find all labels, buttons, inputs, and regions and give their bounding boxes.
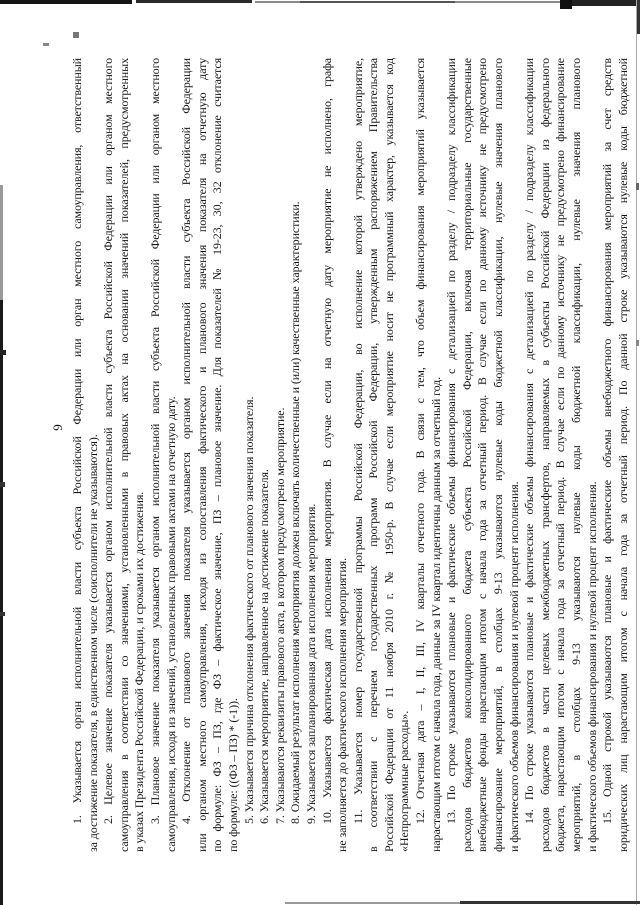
text-line: 12. Отчетная дата – I, II, III, IV кварт… [413, 58, 429, 852]
text-line: или органом местного самоуправления, исх… [195, 58, 211, 852]
text-line: 13. По строке указываются плановые и фак… [444, 58, 460, 852]
scan-artifact-top-band-right [572, 0, 640, 6]
document-text-block: 9 1. Указывается орган исполнительной вл… [46, 58, 638, 852]
scan-artifact-left-edge-gray [0, 185, 3, 300]
page-number: 9 [46, 58, 70, 852]
scan-artifact-speck-2 [43, 43, 49, 46]
text-line: Российской Федерации от 11 ноября 2010 г… [382, 58, 398, 852]
scan-artifact-top-band-left [0, 0, 132, 4]
text-line: самоуправления, исходя из значений, уста… [164, 58, 180, 852]
text-line: 14. По строке указываются плановые и фак… [522, 58, 538, 852]
scan-artifact-left-tick-1 [0, 350, 6, 355]
text-line: 2. Целевое значение показателя указывает… [101, 58, 117, 852]
text-line: 1. Указывается орган исполнительной влас… [70, 58, 86, 852]
scan-artifact-right-mark-2 [636, 340, 639, 346]
scan-artifact-left-tick-2 [0, 482, 5, 487]
text-line: 7. Указываются реквизиты правового акта,… [273, 58, 289, 852]
text-line: за достижение показателя, в единственном… [86, 58, 102, 852]
text-line: по формуле: ((ФЗ – ПЗ) * (-1)). [226, 58, 242, 852]
scan-artifact-speck-1 [73, 32, 79, 38]
scan-artifact-bottom-line-dark [460, 901, 640, 904]
text-line: бюджета, нарастающим итогом с начала год… [553, 58, 569, 852]
text-line: юридических лиц нарастающим итогом с нач… [616, 58, 632, 852]
text-line: внебюджетные фонды нарастающим итогом с … [475, 58, 491, 852]
scan-artifact-top-band-left2 [136, 0, 252, 3]
scan-artifact-bottom-line-gray [285, 902, 460, 904]
text-line: расходов бюджетов в части целевых межбюд… [538, 58, 554, 852]
text-line: не заполняется до фактического исполнени… [335, 58, 351, 852]
text-line: 3. Плановое значение показателя указывае… [148, 58, 164, 852]
text-line: финансирование мероприятий, в столбцах 9… [491, 58, 507, 852]
text-line: 5. Указывается причина отклонения фактич… [242, 58, 258, 852]
text-line: «Непрограммные расходы». [397, 58, 413, 852]
text-line: 4. Отклонение от планового значения пока… [179, 58, 195, 852]
text-line: мероприятий, в столбцах 9-13 указываются… [569, 58, 585, 852]
text-line: и фактического объемов финансирования и … [585, 58, 601, 852]
scan-artifact-right-mark-1 [636, 183, 639, 190]
text-line: и фактического объемов финансирования и … [507, 58, 523, 852]
text-line: 11. Указывается номер государственной пр… [351, 58, 367, 852]
text-line: 6. Указывается мероприятие, направленное… [257, 58, 273, 852]
text-line: в указах Президента Российской Федерации… [132, 58, 148, 852]
text-line: 9. Указывается запланированная дата испо… [304, 58, 320, 852]
scan-artifact-right-edge-line [636, 0, 637, 905]
text-line: 10. Указывается фактическая дата исполне… [320, 58, 336, 852]
text-line: 15. Одной строкой указываются плановые и… [600, 58, 616, 852]
text-line: самоуправления в соответствии со значени… [117, 58, 133, 852]
text-line: 8. Ожидаемый результат исполнения меропр… [288, 58, 304, 852]
text-line: расходов бюджетов консолидированного бюд… [460, 58, 476, 852]
scan-artifact-top-blob [560, 0, 572, 9]
text-line: нарастающим итогом с начала года, данные… [429, 58, 445, 852]
scanned-document-page: 9 1. Указывается орган исполнительной вл… [0, 0, 640, 905]
scan-artifact-left-edge-black [0, 300, 3, 905]
text-line: по формуле: ФЗ – ПЗ, где ФЗ – фактическо… [210, 58, 226, 852]
text-line: в соответствии с перечнем государственны… [366, 58, 382, 852]
scan-artifact-left-tick-3 [0, 612, 5, 616]
scan-artifact-top-line-mid-dark [300, 1, 455, 3]
text-lines: 1. Указывается орган исполнительной влас… [70, 58, 631, 852]
